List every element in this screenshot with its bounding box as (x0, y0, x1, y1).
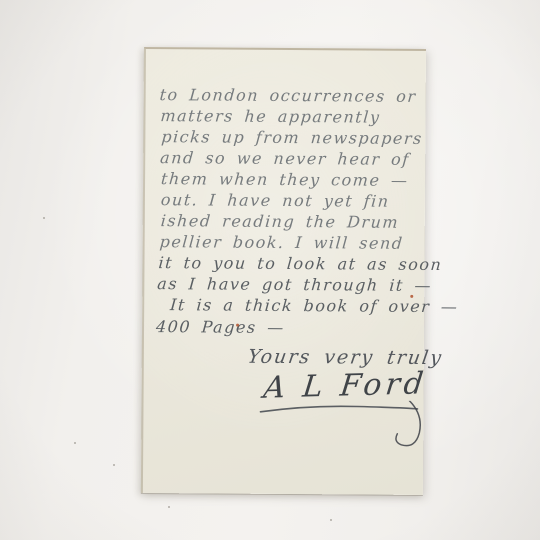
letter-line: it to you to look at as soon (158, 253, 443, 274)
letter-line: as I have got through it — (157, 274, 433, 295)
ink-speck (410, 295, 413, 298)
dust-speck (113, 464, 115, 466)
dust-speck (74, 442, 76, 444)
letter-line: to London occurrences or (159, 85, 417, 106)
letter-line: them when they come — (160, 169, 409, 190)
letter-line: picks up from newspapers (161, 127, 424, 148)
letter-line: 400 Pages — (155, 317, 285, 337)
ink-speck (236, 324, 239, 327)
letter-line: pellier book. I will send (159, 232, 404, 253)
letter-line: matters he apparently (160, 106, 381, 127)
letter-line: It is a thick book of over — (169, 295, 459, 316)
dust-speck (43, 217, 45, 219)
dust-speck (168, 506, 170, 508)
letter-line: ished reading the Drum (160, 211, 400, 232)
dust-speck (330, 519, 332, 521)
signature-flourish-underline (257, 400, 429, 463)
letter-line: and so we never hear of (159, 148, 410, 169)
letter-photo: to London occurrences or matters he appa… (0, 0, 540, 540)
letter-line: out. I have not yet fin (160, 190, 390, 211)
letter-card: to London occurrences or matters he appa… (141, 47, 426, 495)
